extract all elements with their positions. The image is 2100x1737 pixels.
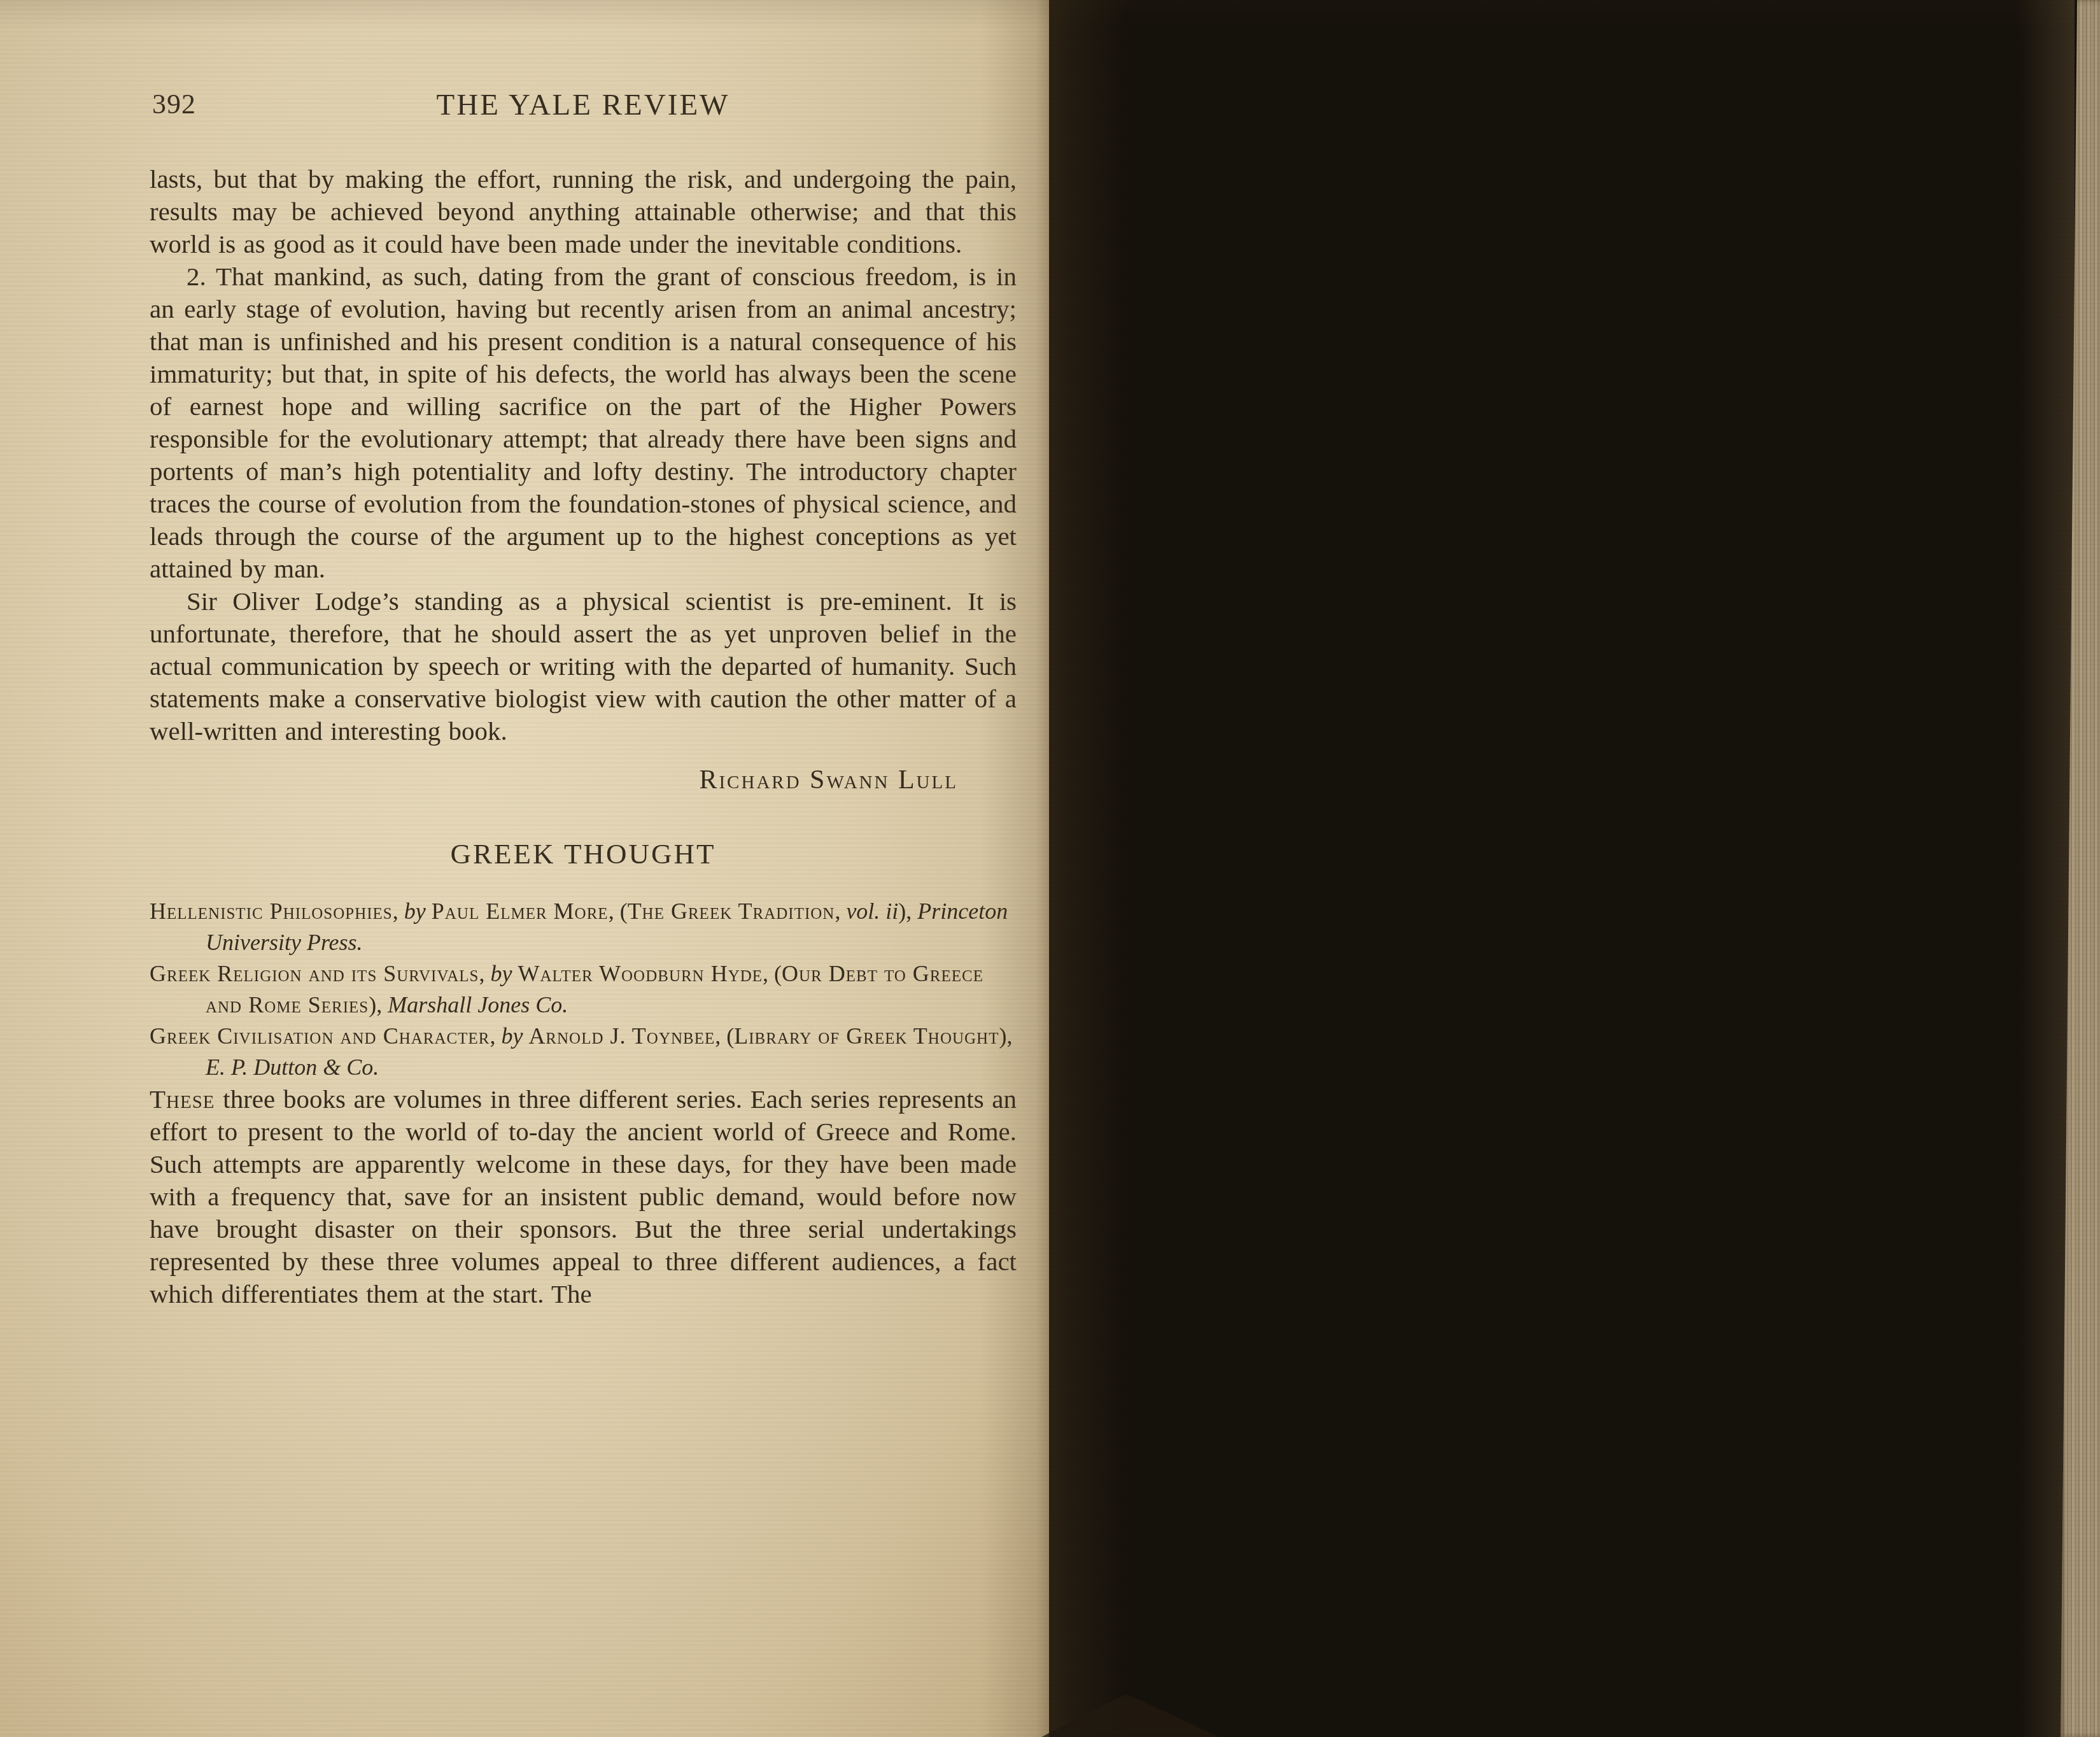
right-page: AMONG THE NEW BOOKS 393 particular volum… xyxy=(1049,0,2100,1737)
section-title: GREEK THOUGHT xyxy=(150,837,1017,870)
bibliography-entry: Greek Civilisation and Character, by Arn… xyxy=(150,1021,1017,1083)
open-book-scan: 392 THE YALE REVIEW lasts, but that by m… xyxy=(0,0,2100,1737)
page-top-shadow xyxy=(1049,0,2100,29)
page-number-left: 392 xyxy=(152,88,196,120)
paragraph: lasts, but that by making the effort, ru… xyxy=(150,163,1017,260)
bibliography-entry: Greek Religion and its Survivals, by Wal… xyxy=(150,958,1017,1021)
paragraph: 2. That mankind, as such, dating from th… xyxy=(150,260,1017,585)
page-top-shadow xyxy=(0,0,1049,29)
left-page-column: 392 THE YALE REVIEW lasts, but that by m… xyxy=(150,88,1017,1310)
lead-paragraph-rest: three books are volumes in three differe… xyxy=(150,1084,1017,1308)
running-title-left: THE YALE REVIEW xyxy=(437,88,730,122)
paragraph: Sir Oliver Lodge’s standing as a physica… xyxy=(150,585,1017,748)
lead-word: These xyxy=(150,1084,215,1114)
bibliography-list: Hellenistic Philosophies, by Paul Elmer … xyxy=(150,896,1017,1083)
reviewer-signature: Richard Swann Lull xyxy=(150,764,1017,797)
bibliography-entry: Hellenistic Philosophies, by Paul Elmer … xyxy=(150,896,1017,958)
left-page-header: 392 THE YALE REVIEW xyxy=(150,88,1017,134)
paragraph: These three books are volumes in three d… xyxy=(150,1083,1017,1310)
left-page: 392 THE YALE REVIEW lasts, but that by m… xyxy=(0,0,1049,1737)
